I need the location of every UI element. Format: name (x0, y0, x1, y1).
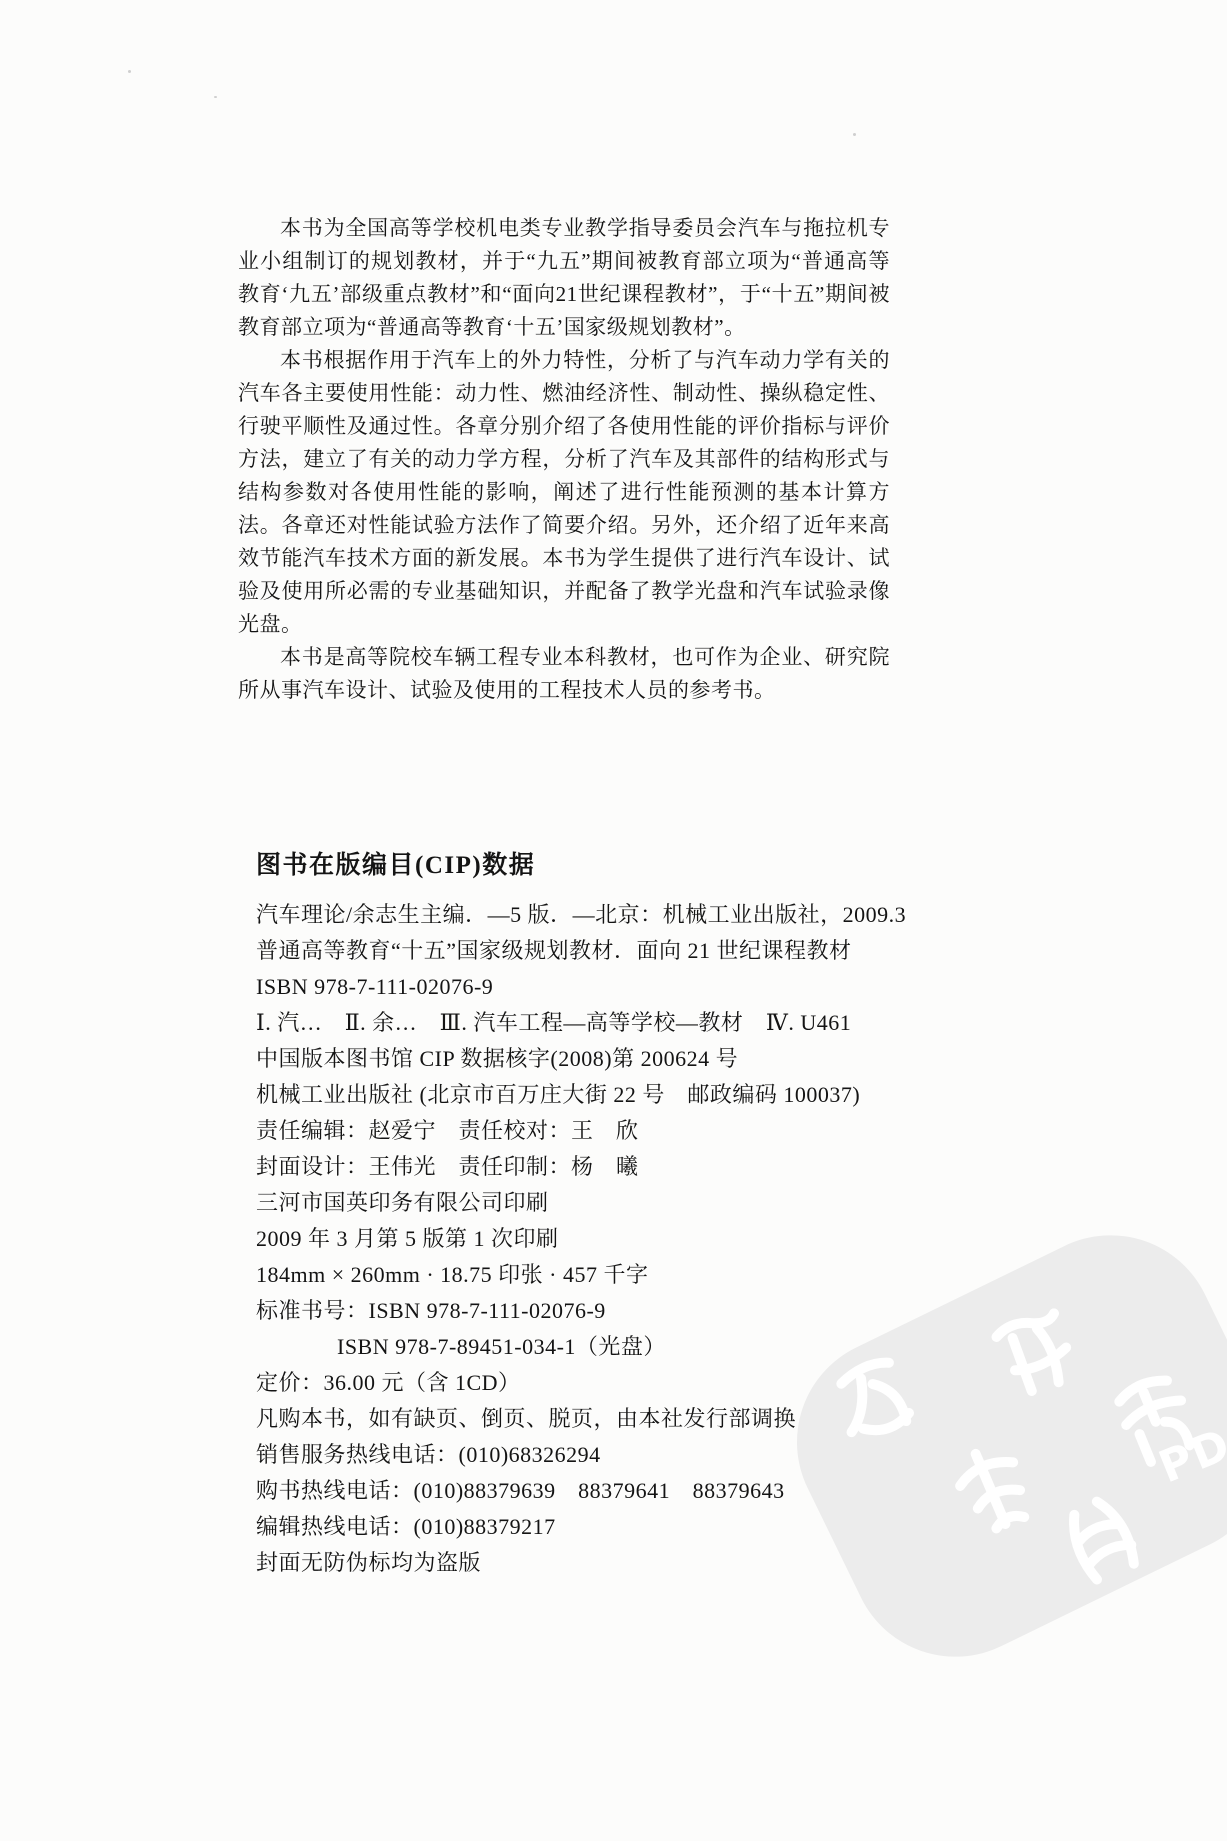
cip-line: 普通高等教育“十五”国家级规划教材．面向 21 世纪课程教材 (256, 939, 996, 963)
cip-line: 编辑热线电话：(010)88379217 (256, 1515, 996, 1539)
cip-line: 标准书号：ISBN 978-7-111-02076-9 (256, 1299, 996, 1323)
cip-line: 责任编辑：赵爱宁 责任校对：王 欣 (256, 1119, 996, 1143)
cip-line: 184mm × 260mm · 18.75 印张 · 457 千字 (256, 1263, 996, 1287)
seal-glyph-icon (1036, 1479, 1170, 1613)
intro-paragraph: 本书为全国高等学校机电类专业教学指导委员会汽车与拖拉机专业小组制订的规划教材，并… (238, 212, 890, 344)
scan-speck (853, 133, 856, 136)
cip-line: Ⅰ. 汽… Ⅱ. 余… Ⅲ. 汽车工程—高等学校—教材 Ⅳ. U461 (256, 1011, 996, 1035)
book-abstract: 本书为全国高等学校机电类专业教学指导委员会汽车与拖拉机专业小组制订的规划教材，并… (238, 212, 890, 707)
cip-lines: 汽车理论/余志生主编．—5 版．—北京：机械工业出版社，2009.3普通高等教育… (256, 903, 996, 1575)
cip-heading: 图书在版编目(CIP)数据 (256, 845, 996, 881)
scan-speck (214, 96, 217, 98)
cip-line: ISBN 978-7-89451-034-1（光盘） (337, 1335, 996, 1359)
cip-line: 销售服务热线电话：(010)68326294 (256, 1443, 996, 1467)
cip-line: 中国版本图书馆 CIP 数据核字(2008)第 200624 号 (256, 1047, 996, 1071)
cip-line: 凡购本书，如有缺页、倒页、脱页，由本社发行部调换 (256, 1407, 996, 1431)
intro-paragraph: 本书是高等院校车辆工程专业本科教材，也可作为企业、研究院所从事汽车设计、试验及使… (238, 641, 890, 707)
cip-line: 机械工业出版社 (北京市百万庄大街 22 号 邮政编码 100037) (256, 1083, 996, 1107)
intro-paragraph: 本书根据作用于汽车上的外力特性，分析了与汽车动力学有关的汽车各主要使用性能：动力… (238, 344, 890, 641)
cip-line: 汽车理论/余志生主编．—5 版．—北京：机械工业出版社，2009.3 (256, 903, 996, 927)
cip-line: 三河市国英印务有限公司印刷 (256, 1191, 996, 1215)
cip-line: 定价：36.00 元（含 1CD） (256, 1371, 996, 1395)
cip-line: 封面设计：王伟光 责任印制：杨 曦 (256, 1155, 996, 1179)
cip-line: ISBN 978-7-111-02076-9 (256, 975, 996, 999)
cip-line: 购书热线电话：(010)88379639 88379641 88379643 (256, 1479, 996, 1503)
cip-colophon-block: 图书在版编目(CIP)数据 汽车理论/余志生主编．—5 版．—北京：机械工业出版… (256, 845, 996, 1587)
cip-line: 封面无防伪标均为盗版 (256, 1551, 996, 1575)
page: PDG 本书为全国高等学校机电类专业教学指导委员会汽车与拖拉机专业小组制订的规划… (0, 0, 1227, 1841)
cip-line: 2009 年 3 月第 5 版第 1 次印刷 (256, 1227, 996, 1251)
scan-speck (128, 70, 131, 73)
